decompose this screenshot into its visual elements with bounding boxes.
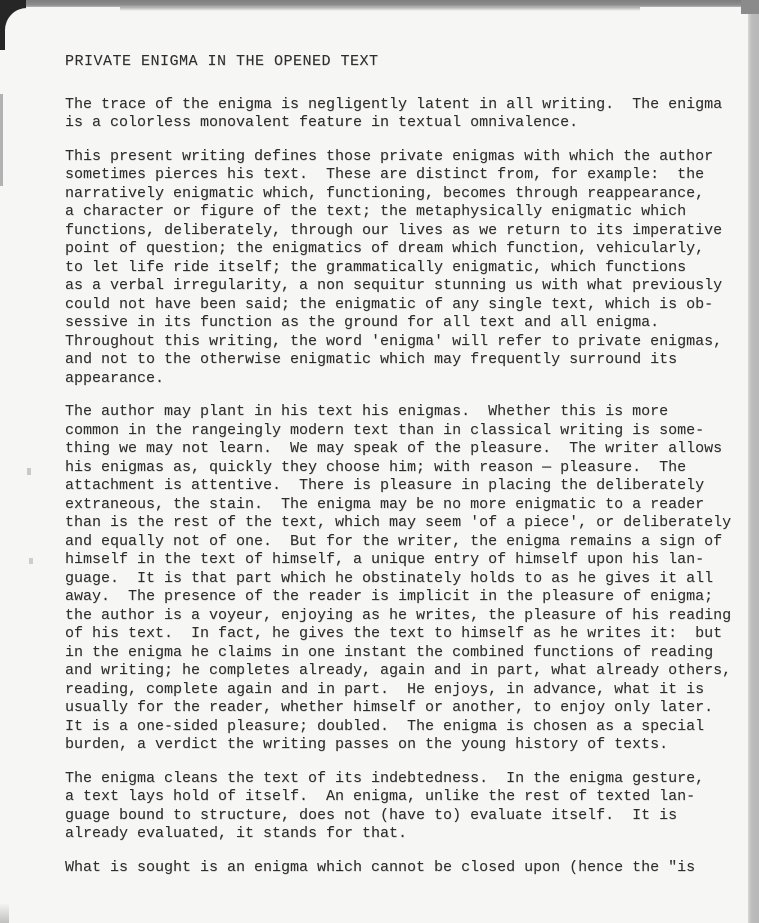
document-page: PRIVATE ENIGMA IN THE OPENED TEXT The tr… <box>65 53 745 877</box>
scan-speck <box>29 558 33 564</box>
scan-corner-top-right <box>741 0 759 14</box>
scan-edge-right <box>748 0 759 923</box>
paragraph-3: The author may plant in his text his eni… <box>65 403 745 755</box>
scan-edge-top-fray <box>120 7 640 11</box>
paragraph-4: The enigma cleans the text of its indebt… <box>65 770 745 844</box>
scan-speck-bottom-left <box>0 903 9 923</box>
paragraph-2: This present writing defines those priva… <box>65 148 745 389</box>
page-title: PRIVATE ENIGMA IN THE OPENED TEXT <box>65 53 745 72</box>
scan-edge-top <box>0 0 759 7</box>
page-rounded-corner <box>5 8 57 60</box>
scan-edge-left-mark <box>0 94 3 186</box>
scanned-document: { "doc": { "title": "PRIVATE ENIGMA IN T… <box>0 0 759 923</box>
paragraph-5: What is sought is an enigma which cannot… <box>65 859 745 878</box>
scan-speck <box>27 468 31 475</box>
paragraph-1: The trace of the enigma is negligently l… <box>65 96 745 133</box>
